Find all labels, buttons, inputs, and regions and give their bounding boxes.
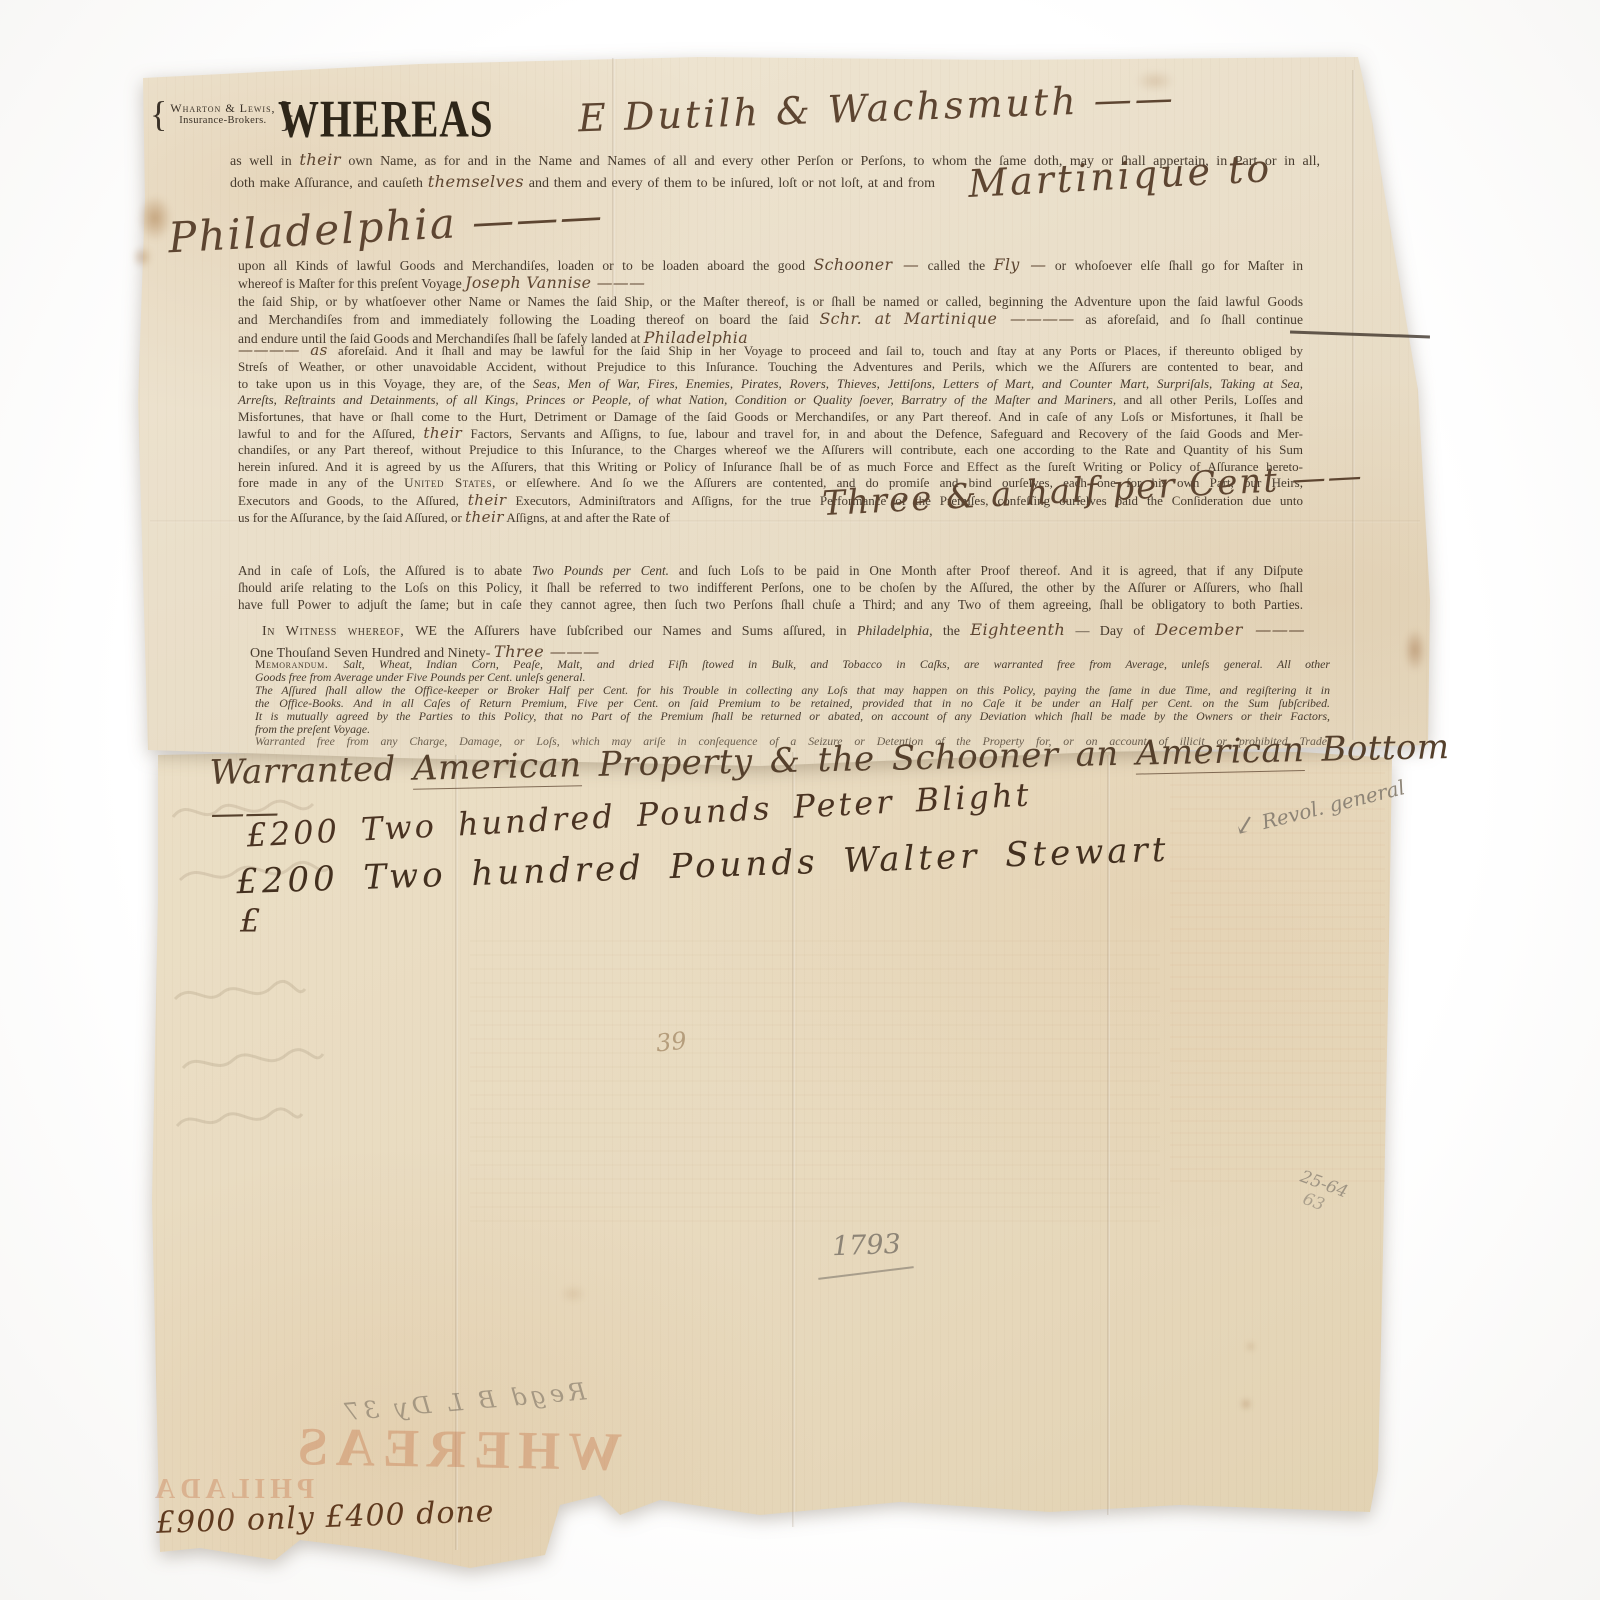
show-through-text bbox=[470, 940, 1160, 1230]
vessel-paragraph: upon all Kinds of lawful Goods and Merch… bbox=[238, 256, 1303, 347]
text-line: Arreſts, Reſtraints and Detainments, of … bbox=[238, 392, 1303, 408]
text-line: whereof is Maſter for this preſent Voyag… bbox=[238, 274, 1303, 292]
ink-stain bbox=[1404, 628, 1426, 672]
text-line: Misfortunes, that have or ſhall come to … bbox=[238, 409, 1303, 425]
ink-stain bbox=[1246, 1342, 1255, 1351]
text-line: us for the Aſſurance, by the ſaid Aſſure… bbox=[238, 509, 1303, 526]
ink-stain bbox=[1240, 1398, 1252, 1410]
text-line: ———— as aforeſaid. And it ſhall and may … bbox=[238, 342, 1303, 359]
ink-stain bbox=[560, 1285, 586, 1303]
text-line: have full Power to adjuſt the ſame; but … bbox=[238, 597, 1303, 614]
subscription-blank-pound: £ bbox=[240, 902, 260, 940]
show-through-number: 39 bbox=[655, 1026, 688, 1057]
pencil-year-note: 1793 bbox=[831, 1229, 901, 1262]
text-line: to take upon us in this Voyage, they are… bbox=[238, 376, 1303, 392]
show-through-writing bbox=[178, 1042, 328, 1078]
badge-brace-left: { bbox=[150, 99, 167, 129]
text-line: In Witness whereof, WE the Aſſurers have… bbox=[250, 620, 1305, 642]
show-through-whereas-mirrored: WHEREAS bbox=[289, 1415, 622, 1483]
show-through-writing bbox=[172, 1102, 307, 1136]
whereas-heading: WHEREAS bbox=[278, 88, 493, 149]
text-line: And in caſe of Loſs, the Aſſured is to a… bbox=[238, 563, 1303, 580]
broker-badge: { Wharton & Lewis, Insurance-Brokers. } bbox=[150, 99, 296, 129]
fold-crease bbox=[1352, 70, 1355, 740]
ink-stain bbox=[132, 246, 152, 268]
text-line: and Merchandiſes from and immediately fo… bbox=[238, 310, 1303, 328]
show-through-writing bbox=[170, 975, 310, 1011]
document-photo: { Wharton & Lewis, Insurance-Brokers. } … bbox=[0, 0, 1600, 1600]
broker-role: Insurance-Brokers. bbox=[170, 115, 275, 127]
text-line: ſhould ariſe relating to the Loſs on thi… bbox=[238, 580, 1303, 597]
text-line: lawful to and for the Aſſured, their Fac… bbox=[238, 425, 1303, 442]
text-line: chandiſes, or any Part thereof, without … bbox=[238, 442, 1303, 458]
loss-abatement-paragraph: And in caſe of Loſs, the Aſſured is to a… bbox=[238, 563, 1303, 613]
broker-name: Wharton & Lewis, bbox=[170, 102, 275, 115]
text-line: the ſaid Ship, or by whatſoever other Na… bbox=[238, 293, 1303, 310]
text-line: Streſs of Weather, or other unavoidable … bbox=[238, 359, 1303, 375]
text-line: upon all Kinds of lawful Goods and Merch… bbox=[238, 256, 1303, 274]
text-line: It is mutually agreed by the Parties to … bbox=[255, 710, 1330, 723]
